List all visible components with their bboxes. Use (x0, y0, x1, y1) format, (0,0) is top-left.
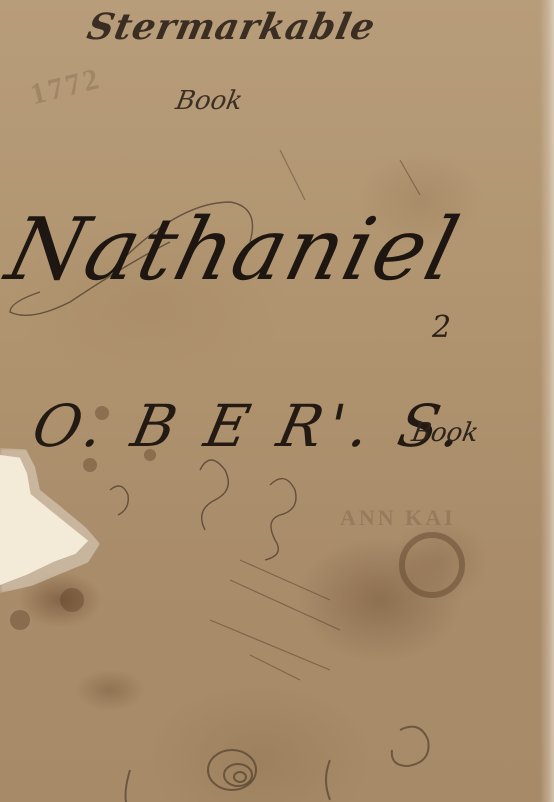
owner-name: Nathaniel (0, 200, 470, 300)
initials-line-book: Book (409, 418, 480, 448)
manuscript-page: 1772 ANN KAI (0, 0, 554, 802)
name-flourish: 2 (432, 310, 451, 345)
heading-line-remarkable: Stermarkable (84, 6, 380, 48)
heading-line-book: Book (173, 86, 244, 116)
initials-line: O. B E R'. S. (27, 392, 475, 460)
